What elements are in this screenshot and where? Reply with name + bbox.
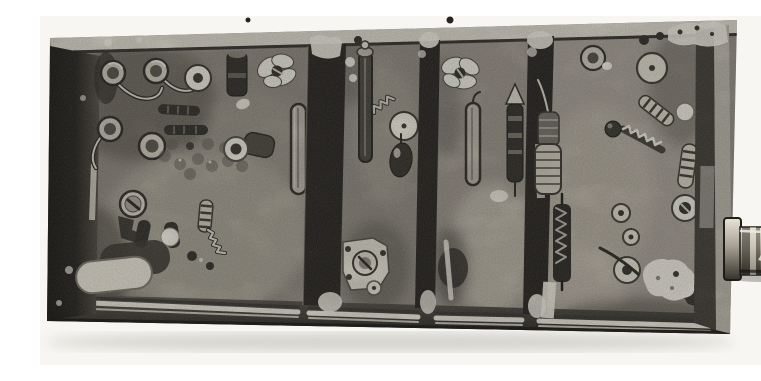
top-edge-screw xyxy=(447,17,454,24)
top-edge-screw xyxy=(246,18,251,23)
connector-flange xyxy=(724,218,741,280)
vignette xyxy=(40,16,761,365)
coax-connector xyxy=(724,218,761,282)
photo-figure xyxy=(40,16,761,365)
chassis xyxy=(40,16,761,365)
photo-canvas xyxy=(40,16,761,365)
barrel-band xyxy=(756,227,760,275)
barrel-band xyxy=(742,227,750,275)
barrel-shade xyxy=(741,271,761,272)
barrel-band xyxy=(750,227,756,275)
cast-shadow xyxy=(45,333,735,351)
